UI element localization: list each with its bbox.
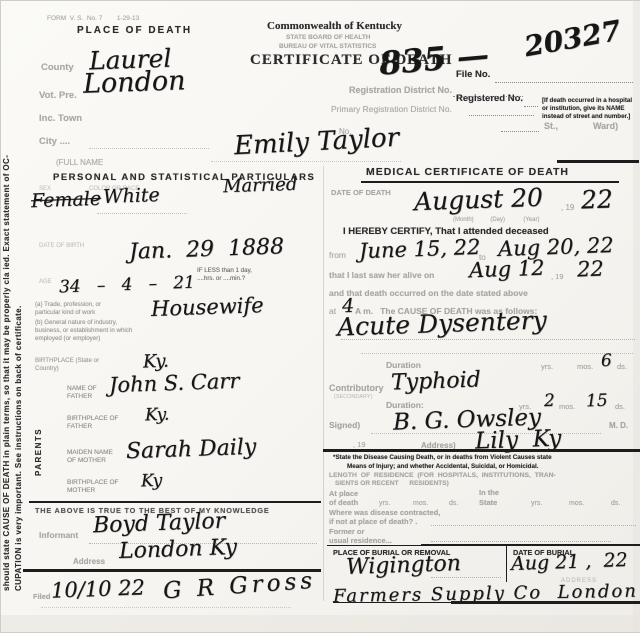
mother-birthplace-value: Ky	[141, 473, 163, 491]
precinct-value: London	[83, 67, 186, 98]
bottom-right-thin-rule	[333, 602, 451, 603]
birthplace-value: Ky.	[143, 353, 169, 372]
residence-title-2: SIENTS OR RECENT RESIDENTS)	[335, 480, 449, 487]
state-ds: ds.	[611, 500, 620, 508]
informant-address-label: Address	[73, 557, 105, 566]
burial-top-rule-thin	[327, 545, 421, 546]
duration2-mos-value: 15	[586, 393, 608, 411]
duration2-ds-label: ds.	[615, 403, 625, 412]
primary-registration-line	[469, 115, 534, 116]
signed-label: Signed)	[329, 421, 360, 431]
contracted-line-2: if not at place of death? .	[329, 518, 417, 527]
footnote-line-2: Means of Injury; and whether Accidental,…	[347, 463, 539, 470]
date-of-death-value: August 20	[414, 185, 544, 214]
duration2-mos-label: mos.	[559, 403, 575, 412]
informant-label: Informant	[39, 531, 78, 541]
scan-shade-bottom	[1, 615, 640, 632]
at-label: at	[329, 307, 336, 317]
color-value: White	[103, 186, 160, 207]
at-place-ds: ds.	[449, 500, 458, 508]
at-place-yrs: yrs.	[379, 500, 390, 508]
at-place-mos: mos.	[413, 500, 428, 508]
month-day-year-caption: (Month) (Day) (Year)	[453, 217, 539, 224]
hospital-note: [If death occurred in a hospital or inst…	[542, 97, 636, 121]
mother-name-label: MAIDEN NAME OF MOTHER	[67, 449, 123, 466]
occupation-value: Housewife	[151, 295, 264, 320]
dob-value: Jan. 29 1888	[129, 236, 285, 263]
year-value: 22	[581, 186, 614, 212]
burial-column-divider	[506, 546, 507, 582]
secondary-label: (SECONDARY)	[334, 394, 372, 400]
father-name-value: John S. Carr	[109, 371, 240, 397]
inc-town-label: Inc. Town	[39, 114, 82, 125]
father-birthplace-label: BIRTHPLACE OF FATHER	[67, 415, 123, 432]
md-label: M. D.	[609, 421, 628, 430]
margin-note-outer: should state CAUSE OF DEATH in plain ter…	[2, 31, 11, 591]
birthplace-label: BIRTHPLACE (State or Country)	[35, 357, 115, 373]
top-right-rule	[557, 160, 639, 163]
medical-section-heading: MEDICAL CERTIFICATE OF DEATH	[366, 166, 569, 178]
form-number: FORM V. S. No. 7 1-29-13	[47, 15, 139, 22]
at-place-label-2: of death	[329, 499, 358, 508]
st-line	[501, 131, 539, 132]
cause-line-2	[361, 353, 633, 354]
informant-value: Boyd Taylor	[93, 511, 226, 538]
duration2-yrs-value: 2	[544, 393, 555, 410]
footnote-line-1: *State the Disease Causing Death, or in …	[333, 454, 552, 461]
margin-note-inner: CUPATION is very important. See instruct…	[14, 121, 23, 591]
duration1-mos-label: mos.	[577, 363, 593, 372]
filed-label: Filed	[33, 593, 51, 602]
cause-of-death-value: Acute Dysentery	[337, 307, 548, 339]
filed-date-value: 10/10 22	[51, 577, 146, 601]
father-birthplace-value: Ky.	[145, 407, 170, 425]
place-of-burial-line	[431, 577, 501, 578]
state-label: State	[479, 499, 497, 508]
death-certificate-scan: should state CAUSE OF DEATH in plain ter…	[0, 0, 640, 633]
residence-title-1: LENGTH OF RESIDENCE (FOR HOSPITALS, INST…	[329, 472, 556, 480]
full-name-value: Emily Taylor	[233, 125, 399, 160]
attended-from-value: June 15, 22	[359, 237, 481, 262]
duration1-ds-label: ds.	[617, 363, 627, 372]
right-heavy-rule	[323, 449, 640, 452]
primary-registration-label: Primary Registration District No.	[331, 105, 452, 115]
bottom-right-heavy-rule	[451, 601, 640, 604]
registrar-signature: G R Gross	[162, 570, 316, 604]
duration1-yrs-label: yrs.	[541, 363, 553, 372]
last-seen-value: Aug 12	[469, 258, 545, 282]
ward-label: Ward)	[593, 121, 618, 131]
marital-value: Married	[223, 176, 298, 197]
file-no-label: File No.	[456, 70, 490, 81]
date-of-death-label: DATE OF DEATH	[331, 189, 391, 198]
year-printed: , 19	[561, 203, 574, 212]
contributory-value: Typhoid	[391, 369, 481, 394]
state-board-line: STATE BOARD OF HEALTH	[286, 34, 371, 41]
burial-top-rule	[421, 544, 640, 546]
state-mos: mos.	[569, 500, 584, 508]
mother-name-value: Sarah Daily	[126, 437, 257, 464]
city-line	[89, 148, 209, 149]
contributory-label: Contributory	[329, 383, 384, 393]
commonwealth-line: Commonwealth of Kentucky	[267, 20, 402, 33]
place-of-burial-value: Wigington	[346, 553, 462, 579]
in-the-label: In the	[479, 489, 499, 498]
occupation-note-b: (b) General nature of industry, business…	[35, 319, 133, 343]
informant-address-value: London Ky	[119, 537, 238, 563]
full-name-label: (FULL NAME	[56, 158, 103, 167]
cause-line-1	[341, 339, 635, 340]
age-value: 34 – 4 – 21	[59, 275, 195, 297]
father-name-label: NAME OF FATHER	[67, 385, 113, 402]
left-section-rule	[29, 501, 321, 503]
dob-label: DATE OF BIRTH	[39, 243, 84, 250]
age-label: AGE	[39, 279, 52, 286]
place-of-death-heading: PLACE OF DEATH	[77, 25, 192, 37]
if-less-note: IF LESS than 1 day, ....hrs. or ....min.…	[197, 267, 265, 283]
file-no-line	[495, 82, 633, 83]
file-number: 20327	[522, 17, 623, 61]
former-line	[431, 541, 611, 542]
filed-line	[41, 607, 291, 608]
last-seen-19: , 19	[551, 273, 564, 282]
registration-district-line	[453, 96, 523, 97]
st-label: St.,	[544, 121, 558, 131]
contracted-line	[431, 525, 636, 526]
scan-shade-right	[633, 1, 640, 632]
sex-line	[97, 213, 187, 214]
duration1-days-value: 6	[601, 353, 612, 370]
full-name-line	[211, 161, 401, 162]
from-label: from	[329, 251, 346, 261]
sex-value: Female	[31, 190, 102, 211]
registered-no-line	[524, 106, 538, 107]
state-yrs: yrs.	[531, 500, 542, 508]
precinct-label: Vot. Pre.	[39, 91, 77, 102]
bureau-line: BUREAU OF VITAL STATISTICS	[279, 43, 376, 50]
registration-district-label: Registration District No.	[349, 85, 452, 95]
last-seen-year-value: 22	[577, 259, 604, 281]
last-seen-label: that I last saw her alive on	[329, 271, 434, 281]
column-divider	[323, 166, 324, 601]
county-label: County	[41, 63, 74, 74]
mother-birthplace-label: BIRTHPLACE OF MOTHER	[67, 479, 123, 496]
occupation-note-a: (a) Trade, profession, or particular kin…	[35, 301, 127, 317]
medical-heading-underline	[361, 181, 619, 183]
death-occurred-line: and that death occurred on the date stat…	[329, 289, 528, 299]
date-of-burial-value: Aug 21 , 22	[511, 551, 628, 574]
parents-vertical-label: PARENTS	[34, 404, 43, 476]
city-label: City ....	[39, 137, 70, 148]
